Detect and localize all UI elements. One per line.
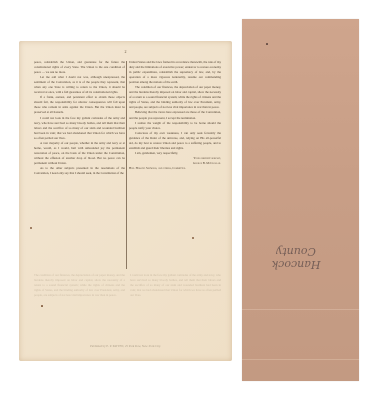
paragraph: I could not look in the face my gallant … bbox=[34, 116, 125, 141]
inscription-line: Hancock bbox=[256, 258, 336, 271]
paragraph: Conscious of my own weakness, I can only… bbox=[129, 131, 221, 151]
brown-envelope: Hancock County bbox=[242, 19, 359, 381]
addressee: Hon. Horatio Seymour, and others, Commit… bbox=[129, 166, 221, 171]
foxing-spot bbox=[30, 227, 32, 229]
fold-crease bbox=[242, 309, 359, 310]
foxing-spot bbox=[192, 237, 194, 239]
printed-letter-page: 2 peace, reëstablish the Union, and guar… bbox=[19, 41, 232, 361]
paragraph: A vast majority of our people, whether i… bbox=[34, 141, 125, 166]
page-number: 2 bbox=[19, 49, 232, 54]
ink-spot bbox=[266, 43, 268, 45]
paragraph: Believing that the views here expressed … bbox=[129, 110, 221, 120]
fold-crease bbox=[242, 359, 359, 360]
paragraph: Let me add what I doubt not was, althoug… bbox=[34, 75, 125, 95]
foxing-spot bbox=[41, 305, 43, 307]
column-rule bbox=[126, 61, 127, 269]
publisher-imprint: Published by E. P. PATTEN, 25 Park Row, … bbox=[34, 344, 217, 348]
paragraph: peace, reëstablish the Union, and guaran… bbox=[34, 60, 125, 75]
left-text-column: peace, reëstablish the Union, and guaran… bbox=[34, 60, 125, 176]
paragraph: If a frank, earnest, and persistent effo… bbox=[34, 95, 125, 115]
paragraph: As to the other subjects presented in th… bbox=[34, 166, 125, 176]
bleed-right: I could not look in the face my gallant … bbox=[130, 273, 221, 298]
handwritten-inscription: Hancock County bbox=[256, 245, 336, 271]
bleed-left: The condition of our finances, the depre… bbox=[34, 273, 125, 298]
paragraph: United States and the laws framed in acc… bbox=[129, 60, 221, 85]
paragraph: I realize the weight of the responsibili… bbox=[129, 121, 221, 131]
right-text-column: United States and the laws framed in acc… bbox=[129, 60, 221, 171]
paragraph: The condition of our finances, the depre… bbox=[129, 85, 221, 110]
reverse-side-bleed-through: The condition of our finances, the depre… bbox=[34, 273, 221, 339]
inscription-line: County bbox=[256, 245, 336, 258]
